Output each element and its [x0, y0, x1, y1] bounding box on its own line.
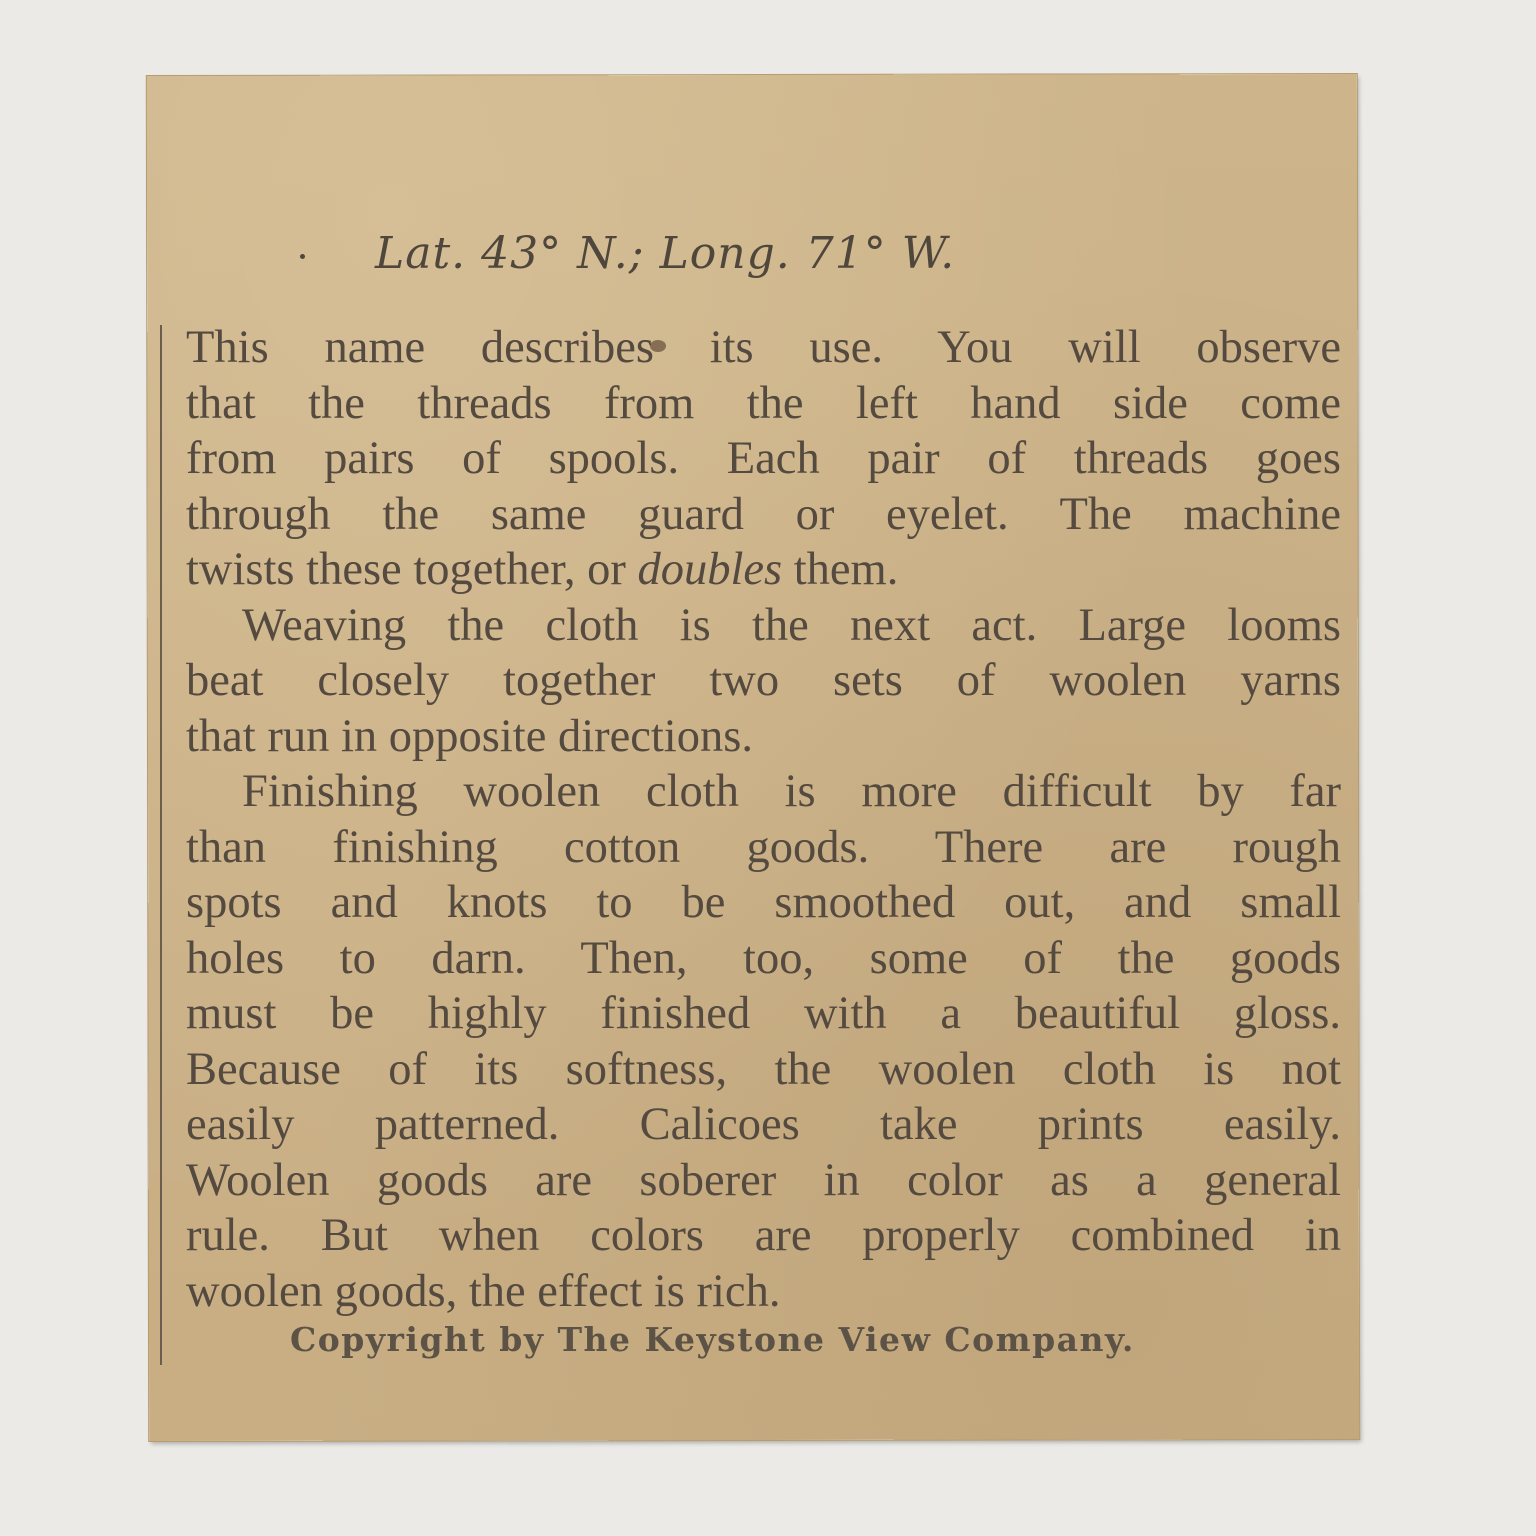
text-line: from pairs of spools. Each pair of threa…: [186, 431, 1341, 487]
text-line: rule. But when colors are properly combi…: [186, 1208, 1341, 1264]
text-line: spots and knots to be smoothed out, and …: [186, 875, 1341, 931]
heading-text: Lat. 43° N.; Long. 71° W.: [375, 228, 955, 279]
paragraph-3: Finishing woolen cloth is more difficult…: [186, 764, 1341, 1319]
text-line: that the threads from the left hand side…: [186, 376, 1341, 432]
text-line: must be highly finished with a beautiful…: [186, 986, 1341, 1042]
text-line: Because of its softness, the woolen clot…: [186, 1042, 1341, 1098]
text-line: through the same guard or eyelet. The ma…: [186, 487, 1341, 543]
coordinates-heading: Lat. 43° N.; Long. 71° W.: [300, 228, 1100, 279]
copyright-notice: Copyright by The Keystone View Company.: [290, 1320, 1230, 1359]
text-line: beat closely together two sets of woolen…: [186, 653, 1341, 709]
text-line: than finishing cotton goods. There are r…: [186, 820, 1341, 876]
body-text: This name describes its use. You will ob…: [186, 320, 1341, 1319]
text-line: Woolen goods are soberer in color as a g…: [186, 1153, 1341, 1209]
paragraph-2: Weaving the cloth is the next act. Large…: [186, 598, 1341, 765]
text-line: holes to darn. Then, too, some of the go…: [186, 931, 1341, 987]
text-line: Weaving the cloth is the next act. Large…: [186, 598, 1341, 654]
paragraph-1: This name describes its use. You will ob…: [186, 320, 1341, 598]
bullet-dot: [300, 254, 305, 259]
text-line-with-italic: twists these together, or doubles them.: [186, 542, 1341, 598]
left-margin-rule: [160, 325, 162, 1365]
text-line: that run in opposite directions.: [186, 709, 1341, 765]
italic-emphasis: doubles: [637, 544, 782, 595]
text-line: Finishing woolen cloth is more difficult…: [186, 764, 1341, 820]
text-line: easily patterned. Calicoes take prints e…: [186, 1097, 1341, 1153]
text-line: This name describes its use. You will ob…: [186, 320, 1341, 376]
text-line: woolen goods, the effect is rich.: [186, 1264, 1341, 1320]
